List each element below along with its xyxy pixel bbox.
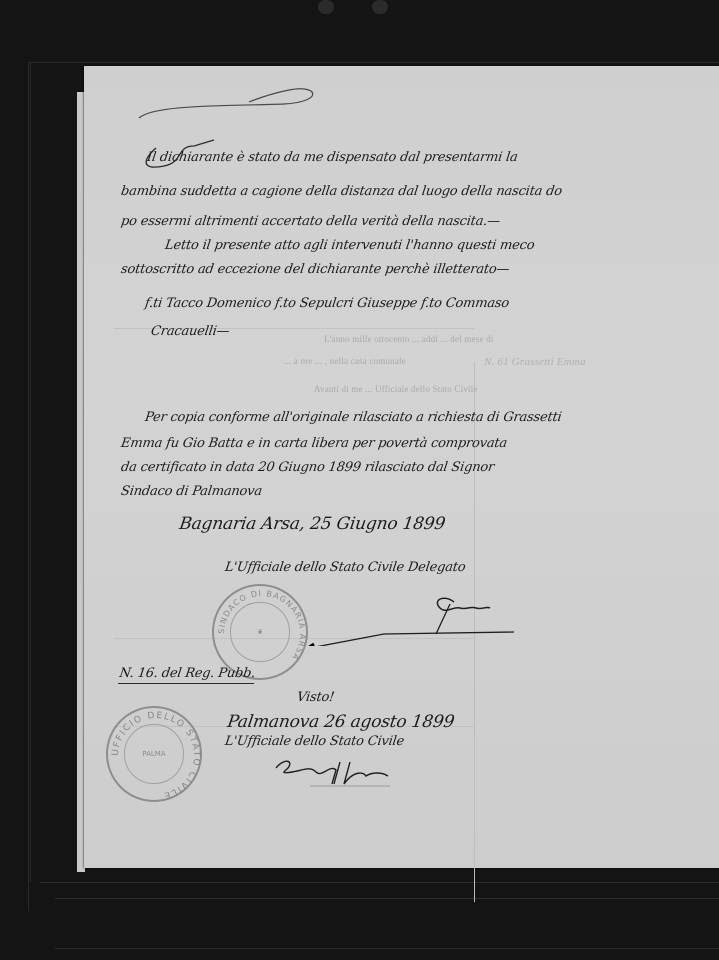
- body-line: po essermi altrimenti accertato della ve…: [120, 214, 501, 229]
- register-note: N. 16. del Reg. Pubb.: [118, 666, 256, 684]
- background-rule: [55, 948, 719, 949]
- body-line: Letto il presente atto agli intervenuti …: [164, 238, 535, 253]
- officer-signature-icon: [304, 586, 524, 646]
- background-rule: [30, 62, 31, 882]
- clip-icon: [372, 0, 388, 14]
- signatures-line: Cracauelli—: [150, 324, 230, 339]
- faded-form-text: Avanti di me ... Ufficiale dello Stato C…: [314, 384, 478, 394]
- place-date: Bagnaria Arsa, 25 Giugno 1899: [178, 514, 447, 534]
- faded-margin-note: N. 61 Grassetti Emma: [484, 356, 586, 368]
- faded-form-text: L'anno mille ottocento ... addì ... del …: [324, 334, 493, 344]
- body-line: sottoscritto ad eccezione del dichiarant…: [120, 262, 510, 277]
- visa-signature-icon: [270, 750, 420, 790]
- civil-registry-stamp: UFFICIO DELLO STATO CIVILE PALMA: [106, 706, 202, 802]
- body-line: bambina suddetta a cagione della distanz…: [120, 184, 563, 199]
- svg-text:UFFICIO DELLO STATO CIVILE: UFFICIO DELLO STATO CIVILE: [111, 711, 201, 801]
- officer-title: L'Ufficiale dello Stato Civile Delegato: [224, 560, 466, 575]
- copy-statement-line: Emma fu Gio Batta e in carta libera per …: [120, 436, 508, 451]
- copy-statement-line: Sindaco di Palmanova: [120, 484, 263, 499]
- clip-icon: [318, 0, 334, 14]
- visa-officer-title: L'Ufficiale dello Stato Civile: [224, 734, 405, 749]
- background-rule: [40, 882, 719, 883]
- copy-statement-line: Per copia conforme all'originale rilasci…: [144, 410, 563, 425]
- copy-statement-line: da certificato in data 20 Giugno 1899 ri…: [120, 460, 495, 475]
- document-page: L'anno mille ottocento ... addì ... del …: [84, 66, 719, 868]
- visa-place-date: Palmanova 26 agosto 1899: [226, 712, 456, 732]
- faded-form-text: ... a ore ... , nella casa comunale: [284, 356, 406, 366]
- svg-text:SINDACO DI BAGNARIA ARSA: SINDACO DI BAGNARIA ARSA: [217, 589, 307, 662]
- background-rule: [55, 898, 719, 899]
- body-line: Il dichiarante è stato da me dispensato …: [146, 150, 519, 165]
- visa-label: Visto!: [296, 690, 335, 705]
- signatures-line: f.ti Tacco Domenico f.to Sepulcri Giusep…: [144, 296, 510, 311]
